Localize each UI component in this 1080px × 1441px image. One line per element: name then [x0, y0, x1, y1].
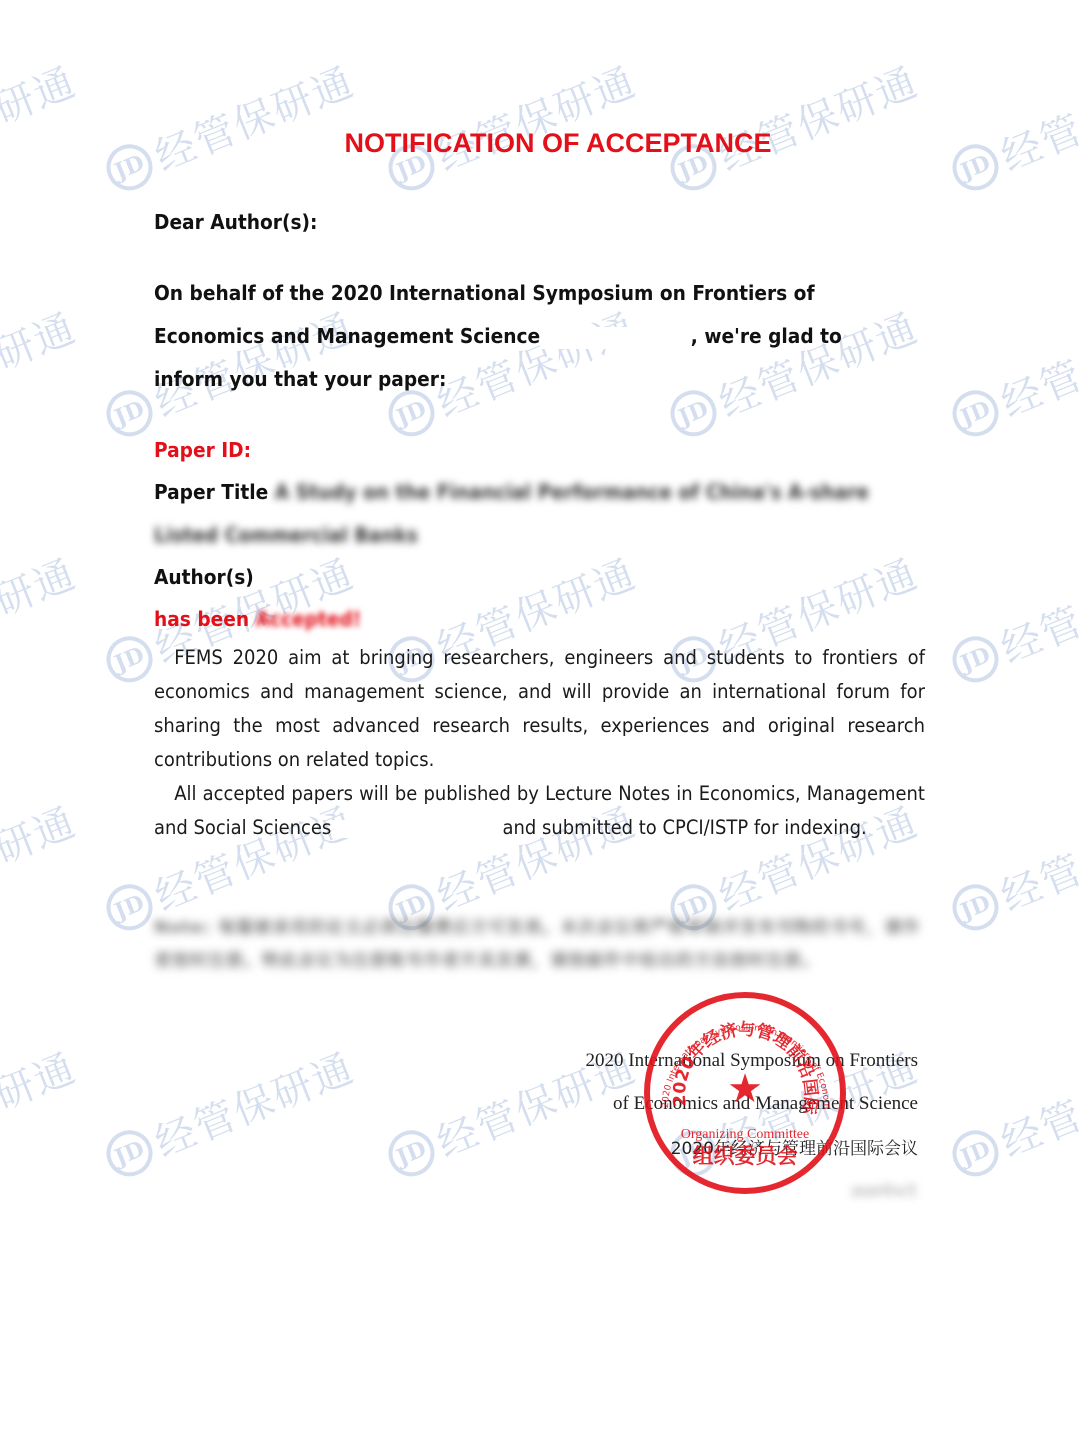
publication-text-tail: and submitted to CPCI/ISTP for indexing.: [503, 816, 867, 839]
intro-line-2-text: Economics and Management Science: [154, 324, 540, 348]
signature-date: 2020年6月: [850, 1180, 918, 1201]
acceptance-letter: NOTIFICATION OF ACCEPTANCE Dear Author(s…: [0, 0, 1080, 1441]
official-seal: 2020 International Symposium on Frontier…: [642, 990, 848, 1196]
paper-id-label: Paper ID:: [154, 438, 251, 462]
intro-line-3: inform you that your paper:: [154, 367, 446, 391]
intro-line-1: On behalf of the 2020 International Symp…: [154, 281, 815, 305]
redacted-region: [540, 327, 691, 349]
authors-label: Author(s): [154, 565, 254, 589]
paper-title-value-cont: Listed Commercial Banks: [154, 523, 418, 547]
paper-title-row: Paper Title A Study on the Financial Per…: [154, 480, 869, 504]
note-blurred: Note: 每篇被录用的论文必须在缴费后方可发表。本次会议将严格审核并发布刊物的…: [154, 912, 924, 978]
intro-line-2-tail: , we're glad to: [691, 324, 842, 348]
paragraph-publication: All accepted papers will be published by…: [154, 777, 925, 845]
paragraph-about-text: FEMS 2020 aim at bringing researchers, e…: [154, 646, 925, 771]
status-value: Accepted!: [256, 607, 362, 631]
acceptance-status: has been Accepted!: [154, 607, 361, 631]
seal-committee-cn: 组织委员会: [693, 1144, 798, 1168]
redacted-region: [331, 820, 497, 838]
paper-title-label: Paper Title: [154, 480, 268, 504]
seal-committee-en: Organizing Committee: [681, 1127, 809, 1142]
paper-title-value: A Study on the Financial Performance of …: [275, 480, 869, 504]
paragraph-about: FEMS 2020 aim at bringing researchers, e…: [154, 641, 925, 777]
star-icon: ★: [727, 1066, 763, 1112]
intro-line-2: Economics and Management Science, we're …: [154, 324, 842, 349]
status-prefix: has been: [154, 607, 256, 631]
letter-title: NOTIFICATION OF ACCEPTANCE: [0, 128, 1080, 159]
salutation: Dear Author(s):: [154, 210, 317, 234]
